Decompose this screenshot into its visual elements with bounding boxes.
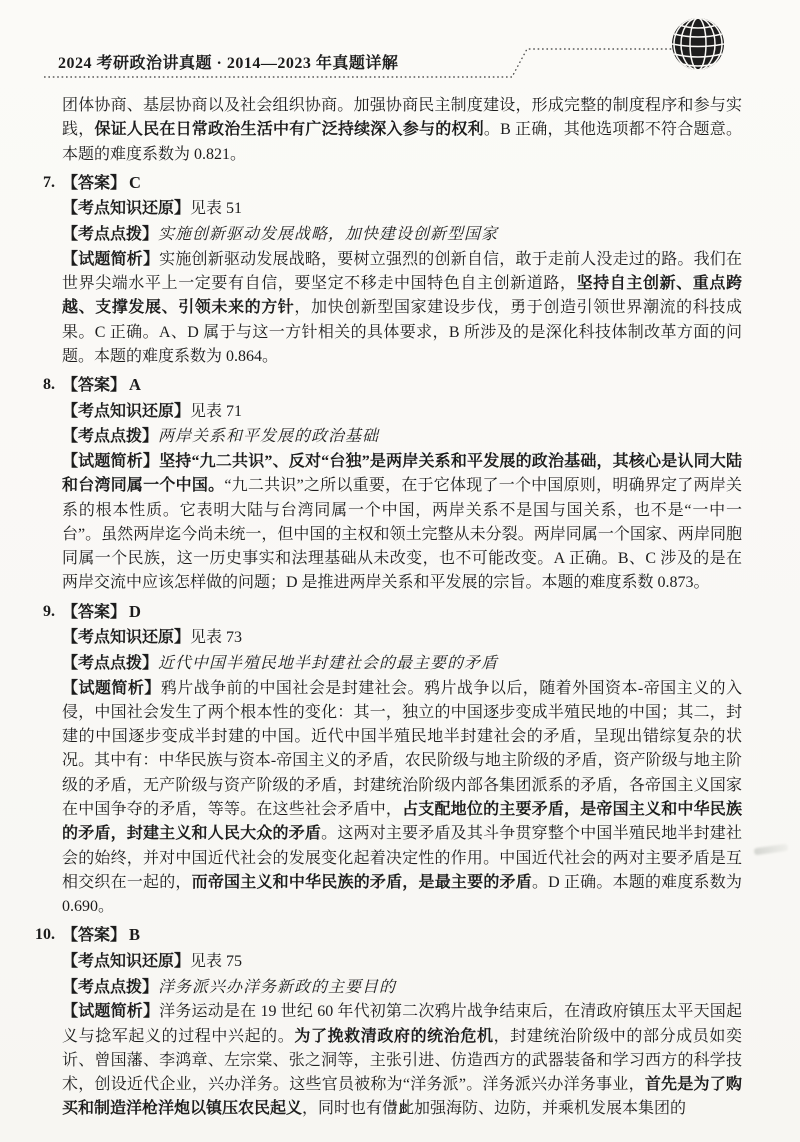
page-number: · 78 · bbox=[0, 1101, 800, 1118]
analysis-label: 【试题简析】 bbox=[62, 1003, 159, 1020]
knowledge-row: 【考点知识还原】见表 75 bbox=[62, 949, 742, 975]
point-row: 【考点点拨】两岸关系和平发展的政治基础 bbox=[62, 424, 742, 450]
analysis-text: 坚持“九二共识”、反对“台独”是两岸关系和平发展的政治基础，其核心是认同大陆和台… bbox=[62, 453, 742, 591]
knowledge-ref: 见表 73 bbox=[190, 629, 242, 646]
answer-value: D bbox=[126, 602, 141, 621]
point-text: 两岸关系和平发展的政治基础 bbox=[158, 428, 379, 445]
point-text: 洋务派兴办洋务新政的主要目的 bbox=[158, 979, 396, 996]
text-segment: “九二共识”之所以重要，在于它体现了一个中国原则，明确界定了两岸关系的根本性质。… bbox=[62, 477, 742, 591]
knowledge-label: 【考点知识还原】 bbox=[62, 629, 190, 646]
analysis-paragraph: 【试题简析】鸦片战争前的中国社会是封建社会。鸦片战争以后，随着外国资本-帝国主义… bbox=[62, 677, 742, 920]
answer-value: C bbox=[126, 173, 141, 192]
question-number: 9. bbox=[43, 599, 55, 625]
text-segment: 鸦片战争前的中国社会是封建社会。鸦片战争以后，随着外国资本-帝国主义的入侵，中国… bbox=[62, 680, 742, 818]
answer-row: 7.【答案】C bbox=[62, 170, 742, 197]
answer-row: 9.【答案】D bbox=[62, 599, 742, 626]
answer-label: 【答案】 bbox=[62, 377, 126, 394]
point-row: 【考点点拨】洋务派兴办洋务新政的主要目的 bbox=[62, 975, 742, 1001]
knowledge-row: 【考点知识还原】见表 73 bbox=[62, 625, 742, 651]
knowledge-label: 【考点知识还原】 bbox=[62, 953, 190, 970]
analysis-label: 【试题简析】 bbox=[62, 453, 159, 470]
analysis-paragraph: 【试题简析】实施创新驱动发展战略，要树立强烈的创新自信，敢于走前人没走过的路。我… bbox=[62, 248, 742, 369]
globe-logo-icon bbox=[668, 14, 728, 74]
answer-label: 【答案】 bbox=[62, 604, 126, 621]
analysis-label: 【试题简析】 bbox=[62, 251, 159, 268]
page-header: 2024 考研政治讲真题 · 2014—2023 年真题详解 bbox=[0, 0, 800, 92]
answer-label: 【答案】 bbox=[62, 927, 126, 944]
answer-value: B bbox=[126, 925, 140, 944]
scan-artifact bbox=[754, 844, 789, 856]
text-segment: 保证人民在日常政治生活中有广泛持续深入参与的权利 bbox=[94, 121, 483, 138]
point-text: 近代中国半殖民地半封建社会的最主要的矛盾 bbox=[158, 655, 498, 672]
knowledge-row: 【考点知识还原】见表 71 bbox=[62, 399, 742, 425]
answer-row: 10.【答案】B bbox=[62, 922, 742, 949]
question-number: 7. bbox=[43, 170, 55, 196]
answer-value: A bbox=[126, 375, 141, 394]
question-item-7: 7.【答案】C 【考点知识还原】见表 51 【考点点拨】实施创新驱动发展战略，加… bbox=[62, 170, 742, 369]
point-text: 实施创新驱动发展战略，加快建设创新型国家 bbox=[158, 226, 498, 243]
main-text-column: 团体协商、基层协商以及社会组织协商。加强协商民主制度建设，形成完整的制度程序和参… bbox=[62, 94, 742, 1122]
text-segment: 为了挽救清政府的统治危机 bbox=[294, 1028, 493, 1045]
question-item-9: 9.【答案】D 【考点知识还原】见表 73 【考点点拨】近代中国半殖民地半封建社… bbox=[62, 599, 742, 920]
knowledge-row: 【考点知识还原】见表 51 bbox=[62, 196, 742, 222]
point-label: 【考点点拨】 bbox=[62, 979, 158, 996]
analysis-text: 鸦片战争前的中国社会是封建社会。鸦片战争以后，随着外国资本-帝国主义的入侵，中国… bbox=[62, 680, 742, 916]
point-row: 【考点点拨】近代中国半殖民地半封建社会的最主要的矛盾 bbox=[62, 651, 742, 677]
question-number: 8. bbox=[43, 372, 55, 398]
analysis-text: 实施创新驱动发展战略，要树立强烈的创新自信，敢于走前人没走过的路。我们在世界尖端… bbox=[62, 251, 742, 365]
point-label: 【考点点拨】 bbox=[62, 655, 158, 672]
knowledge-ref: 见表 75 bbox=[190, 953, 242, 970]
knowledge-label: 【考点知识还原】 bbox=[62, 403, 190, 420]
knowledge-ref: 见表 71 bbox=[190, 403, 242, 420]
running-head-title: 2024 考研政治讲真题 · 2014—2023 年真题详解 bbox=[58, 50, 398, 73]
answer-label: 【答案】 bbox=[62, 175, 126, 192]
analysis-label: 【试题简析】 bbox=[62, 680, 161, 697]
analysis-paragraph: 【试题简析】坚持“九二共识”、反对“台独”是两岸关系和平发展的政治基础，其核心是… bbox=[62, 450, 742, 596]
point-row: 【考点点拨】实施创新驱动发展战略，加快建设创新型国家 bbox=[62, 222, 742, 248]
knowledge-ref: 见表 51 bbox=[190, 200, 242, 217]
answer-row: 8.【答案】A bbox=[62, 372, 742, 399]
intro-text: 团体协商、基层协商以及社会组织协商。加强协商民主制度建设，形成完整的制度程序和参… bbox=[62, 97, 742, 163]
book-page: 2024 考研政治讲真题 · 2014—2023 年真题详解 团体协商、基层协商… bbox=[0, 0, 800, 1142]
question-item-10: 10.【答案】B 【考点知识还原】见表 75 【考点点拨】洋务派兴办洋务新政的主… bbox=[62, 922, 742, 1121]
point-label: 【考点点拨】 bbox=[62, 226, 158, 243]
intro-paragraph: 团体协商、基层协商以及社会组织协商。加强协商民主制度建设，形成完整的制度程序和参… bbox=[62, 94, 742, 167]
knowledge-label: 【考点知识还原】 bbox=[62, 200, 190, 217]
text-segment: 而帝国主义和中华民族的矛盾，是最主要的矛盾 bbox=[192, 874, 532, 891]
question-number: 10. bbox=[35, 922, 55, 948]
point-label: 【考点点拨】 bbox=[62, 428, 158, 445]
question-item-8: 8.【答案】A 【考点知识还原】见表 71 【考点点拨】两岸关系和平发展的政治基… bbox=[62, 372, 742, 596]
